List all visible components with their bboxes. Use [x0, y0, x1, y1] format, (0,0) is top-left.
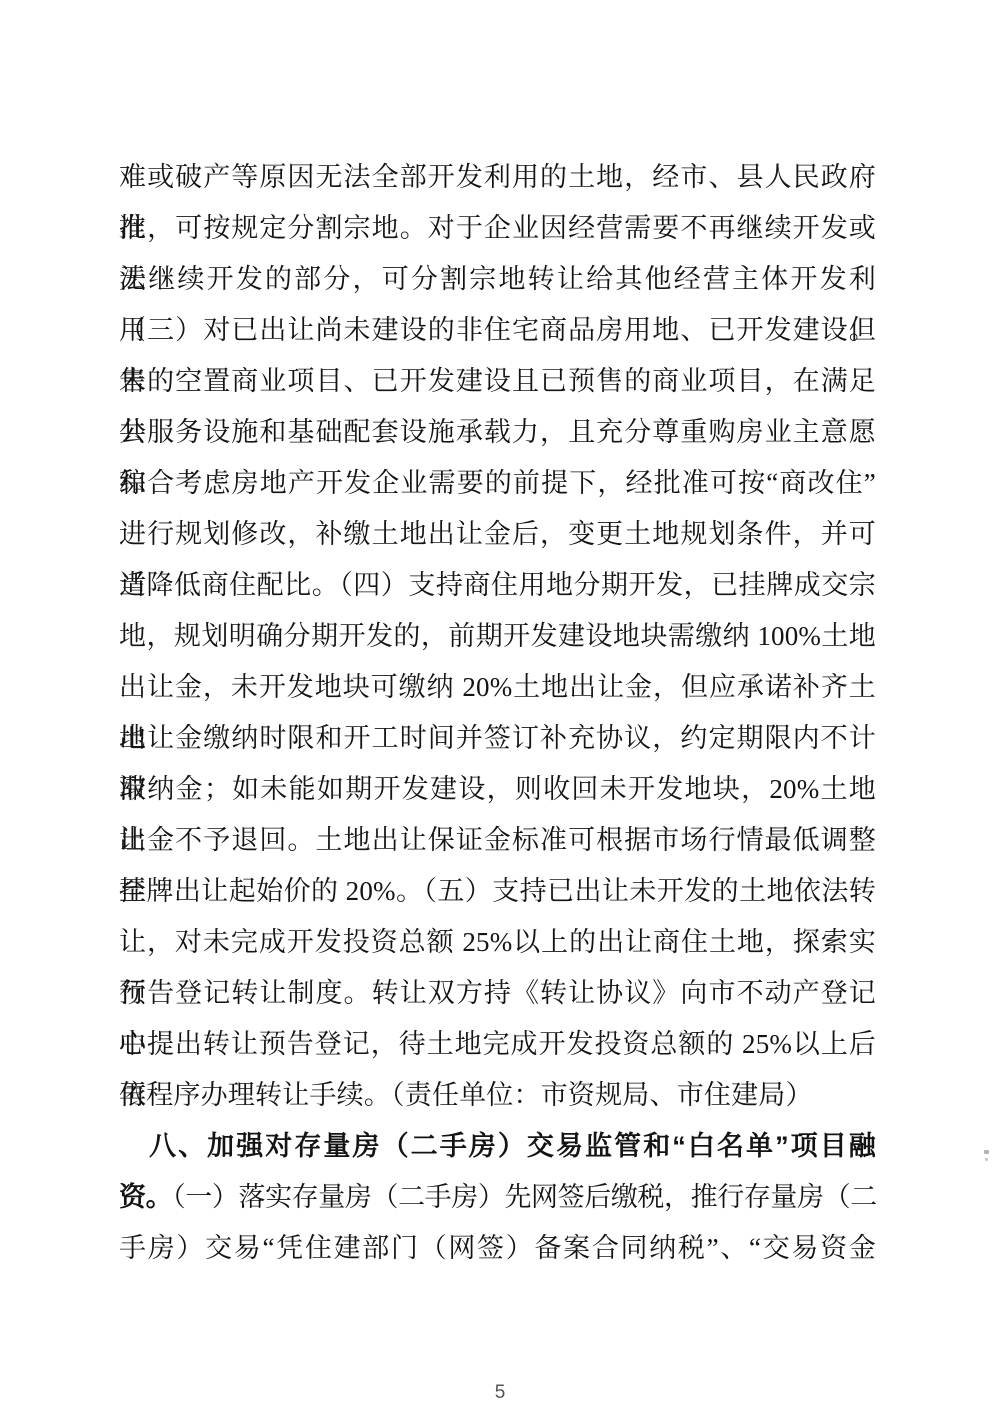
text-line: 心提出转让预告登记，待土地完成开发投资总额的 25%以上后再: [119, 1019, 876, 1070]
body-text: （一）落实存量房（二手房）先网签后缴税，推行存量房（二: [172, 1182, 876, 1212]
body-text: 手房）交易“凭住建部门（网签）备案合同纳税”、“交易资金: [119, 1233, 876, 1263]
heading-line: 八、加强对存量房（二手房）交易监管和“白名单”项目融: [119, 1121, 876, 1172]
text-line: 依程序办理转让手续。（责任单位：市资规局、市住建局）: [119, 1070, 876, 1121]
text-line: 准，可按规定分割宗地。对于企业因经营需要不再继续开发或无: [119, 203, 876, 254]
body-text: 挂牌出让起始价的 20%。（五）支持已出让未开发的土地依法转: [119, 876, 876, 906]
text-line: 让，对未完成开发投资总额 25%以上的出让商住土地，探索实行: [119, 917, 876, 968]
text-line: 出让金缴纳时限和开工时间并签订补充协议，约定期限内不计取: [119, 713, 876, 764]
text-line: 售的空置商业项目、已开发建设且已预售的商业项目，在满足公: [119, 356, 876, 407]
text-line: 进行规划修改，补缴土地出让金后，变更土地规划条件，并可适: [119, 509, 876, 560]
heading-text: 资。: [119, 1182, 172, 1212]
text-line: 资。（一）落实存量房（二手房）先网签后缴税，推行存量房（二: [119, 1172, 876, 1223]
text-line: 当降低商住配比。（四）支持商住用地分期开发，已挂牌成交宗: [119, 560, 876, 611]
document-page: 难或破产等原因无法全部开发利用的土地，经市、县人民政府批准，可按规定分割宗地。对…: [0, 0, 1000, 1415]
body-text: 依程序办理转让手续。（责任单位：市资规局、市住建局）: [119, 1080, 813, 1110]
text-line: 地，规划明确分期开发的，前期开发建设地块需缴纳 100%土地: [119, 611, 876, 662]
scan-artifact: [984, 1150, 989, 1154]
text-line: 让金不予退回。土地出让保证金标准可根据市场行情最低调整至: [119, 815, 876, 866]
body-text: 地，规划明确分期开发的，前期开发建设地块需缴纳 100%土地: [119, 621, 876, 651]
text-line: 滞纳金；如未能如期开发建设，则收回未开发地块，20%土地出: [119, 764, 876, 815]
text-line: 综合考虑房地产开发企业需要的前提下，经批准可按“商改住”: [119, 458, 876, 509]
text-line: 共服务设施和基础配套设施承载力，且充分尊重购房业主意愿和: [119, 407, 876, 458]
page-number: 5: [0, 1382, 1000, 1404]
text-line: 法继续开发的部分，可分割宗地转让给其他经营主体开发利用。: [119, 254, 876, 305]
text-line: 难或破产等原因无法全部开发利用的土地，经市、县人民政府批: [119, 152, 876, 203]
text-line: 手房）交易“凭住建部门（网签）备案合同纳税”、“交易资金: [119, 1223, 876, 1274]
body-text: 当降低商住配比。（四）支持商住用地分期开发，已挂牌成交宗: [119, 570, 876, 600]
text-line: 出让金，未开发地块可缴纳 20%土地出让金，但应承诺补齐土地: [119, 662, 876, 713]
heading-text: 八、加强对存量房（二手房）交易监管和“白名单”项目融: [149, 1131, 876, 1161]
document-body: 难或破产等原因无法全部开发利用的土地，经市、县人民政府批准，可按规定分割宗地。对…: [119, 152, 876, 1274]
text-line: 预告登记转让制度。转让双方持《转让协议》向市不动产登记中: [119, 968, 876, 1019]
scan-artifact: [985, 1158, 988, 1161]
text-line: （三）对已出让尚未建设的非住宅商品房用地、已开发建设但未: [119, 305, 876, 356]
text-line: 挂牌出让起始价的 20%。（五）支持已出让未开发的土地依法转: [119, 866, 876, 917]
body-text: 综合考虑房地产开发企业需要的前提下，经批准可按“商改住”: [119, 468, 876, 498]
